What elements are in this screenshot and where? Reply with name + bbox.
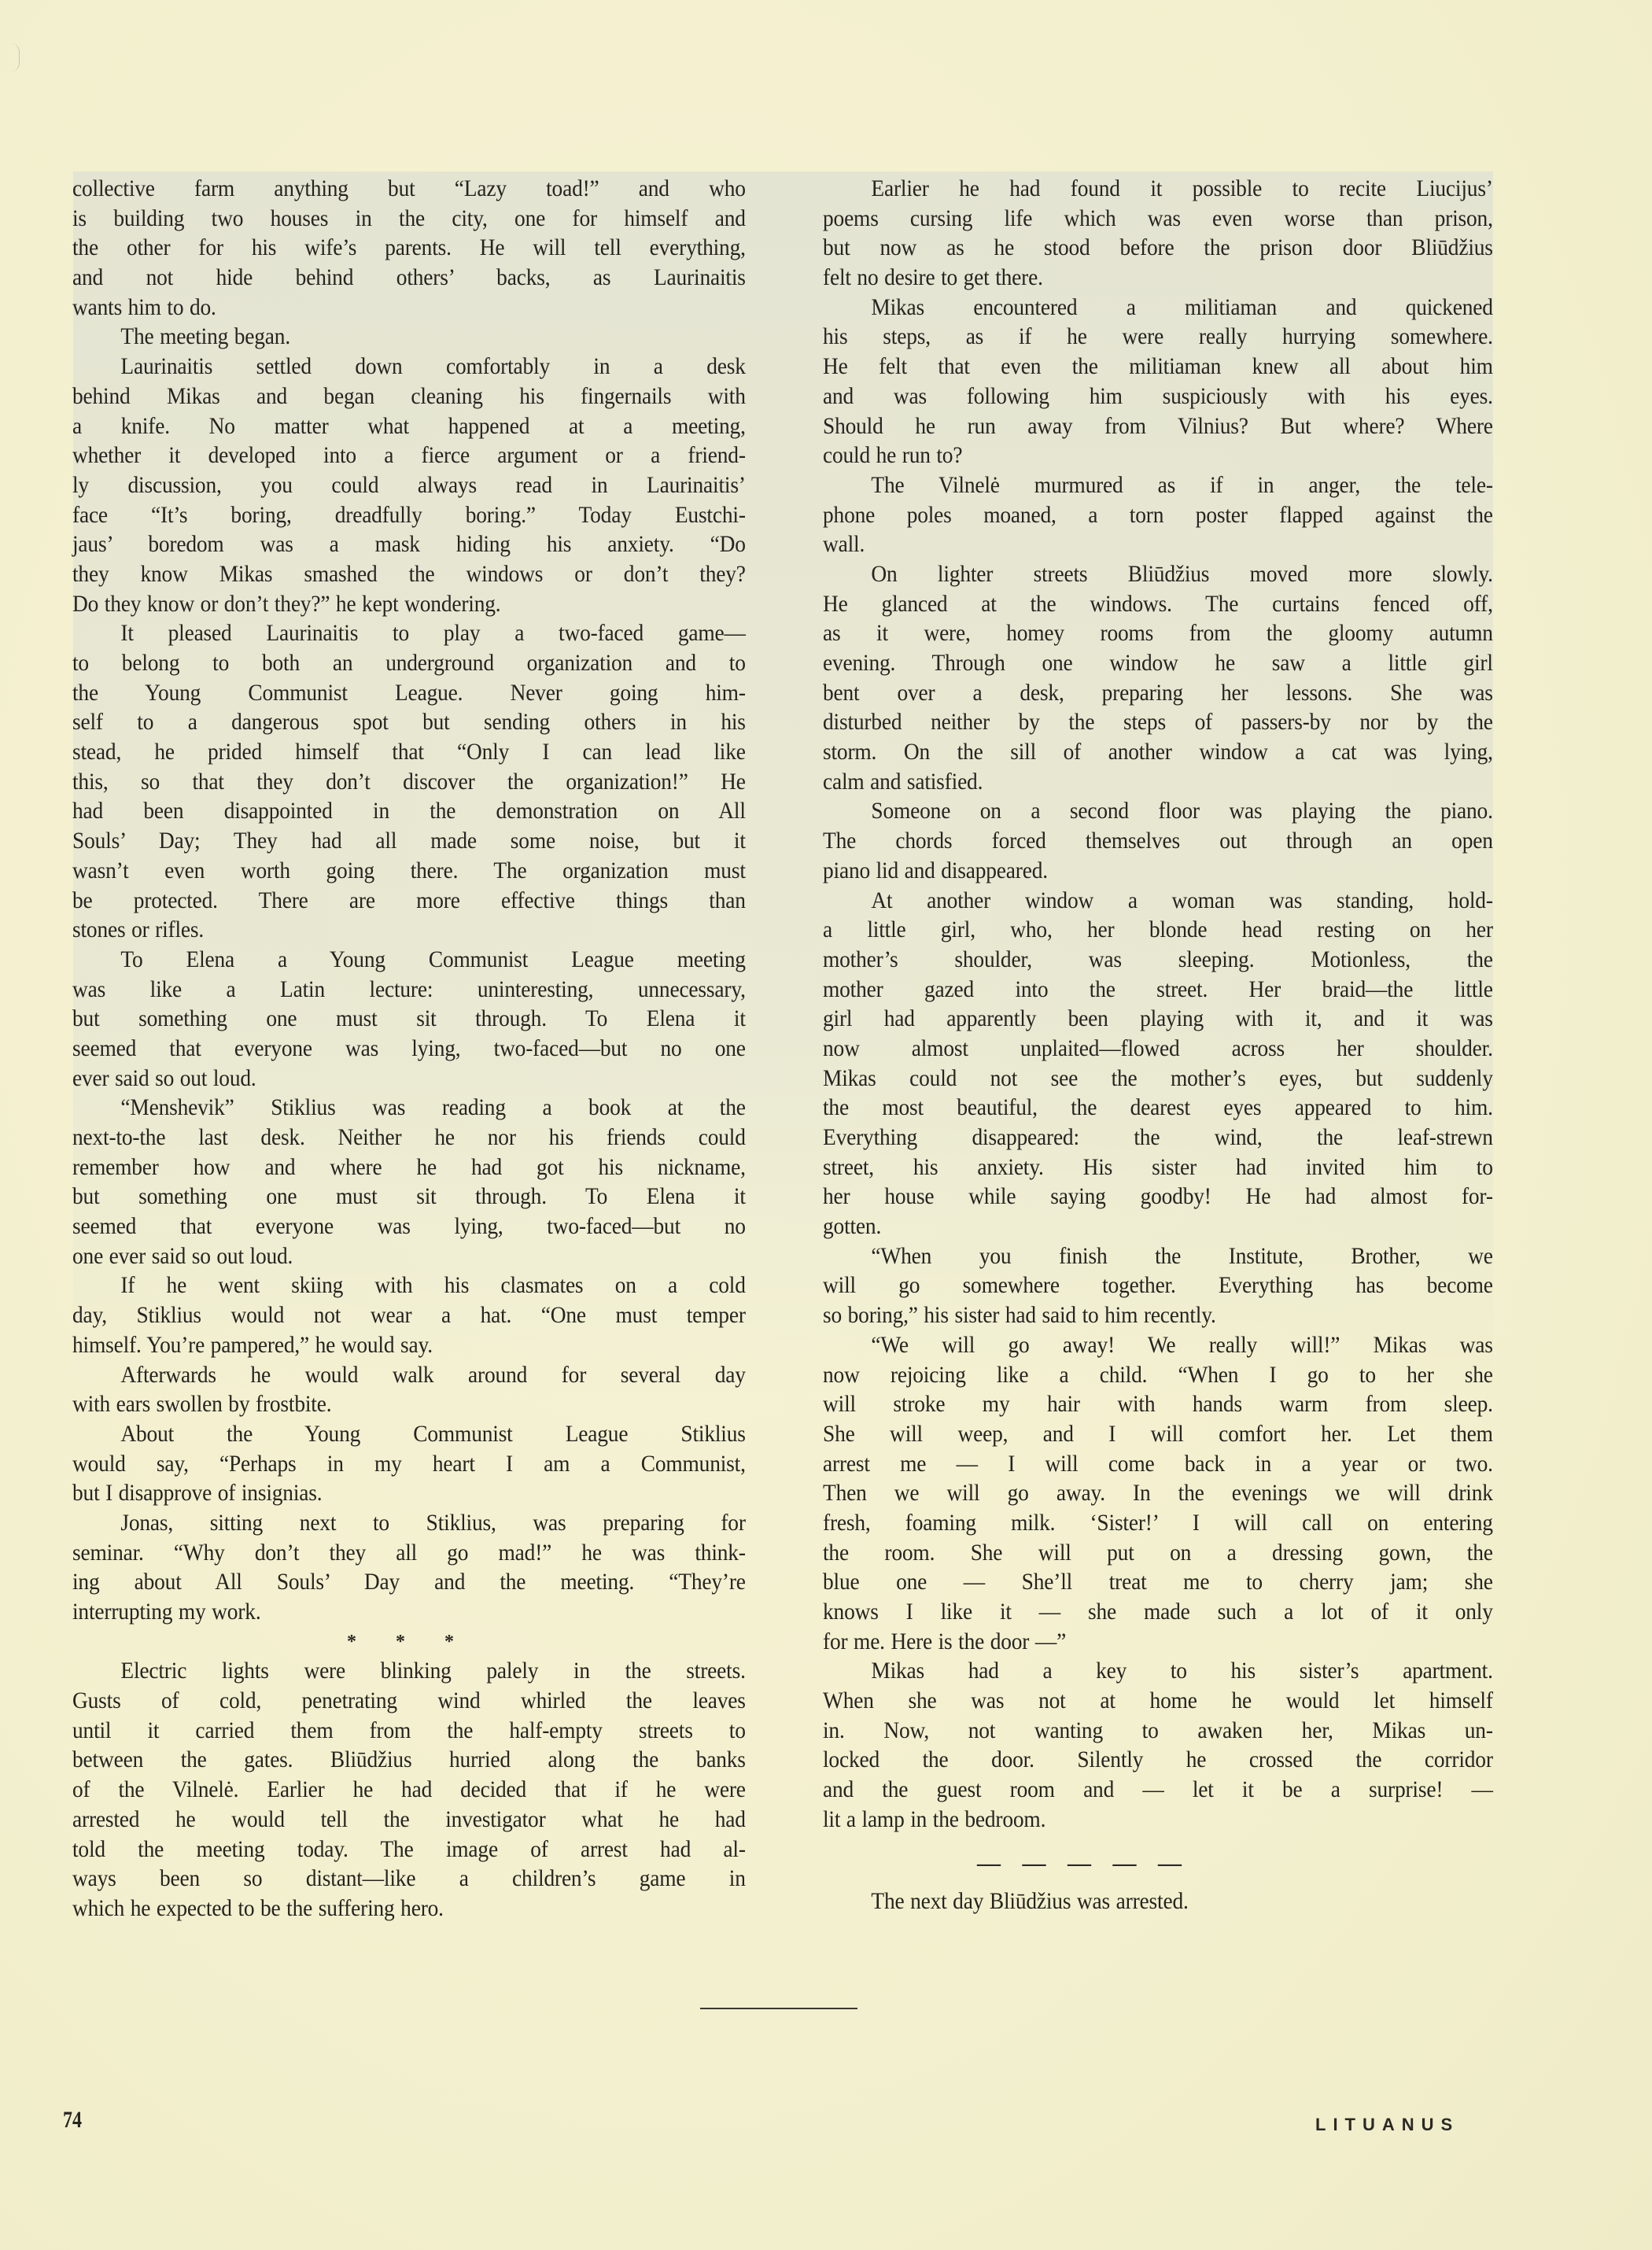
text-line: with ears swollen by frostbite. [72, 1390, 746, 1420]
text-line: behind Mikas and began cleaning his fing… [72, 382, 746, 412]
text-line: arrested he would tell the investigator … [72, 1806, 746, 1835]
text-line: now almost unplaited—flowed across her s… [823, 1035, 1493, 1064]
text-line: He felt that even the militiaman knew al… [823, 352, 1493, 382]
text-line: be protected. There are more effective t… [72, 887, 746, 917]
text-line: phone poles moaned, a torn poster flappe… [823, 501, 1493, 531]
text-line: fresh, foaming milk. ‘Sister!’ I will ca… [823, 1509, 1493, 1539]
text-line: but now as he stood before the prison do… [823, 234, 1493, 264]
text-line: calm and satisfied. [823, 768, 1493, 798]
text-line: so boring,” his sister had said to him r… [823, 1301, 1493, 1331]
text-line: Laurinaitis settled down comfortably in … [72, 352, 746, 382]
text-line: for me. Here is the door —” [823, 1628, 1493, 1658]
page-number: 74 [63, 2107, 82, 2134]
text-line: of the Vilnelė. Earlier he had decided t… [72, 1776, 746, 1806]
text-line: lit a lamp in the bedroom. [823, 1806, 1493, 1835]
text-line: day, Stiklius would not wear a hat. “One… [72, 1301, 746, 1331]
text-line: the other for his wife’s parents. He wil… [72, 234, 746, 264]
text-line: himself. You’re pampered,” he would say. [72, 1331, 746, 1361]
text-line: mother’s shoulder, was sleeping. Motionl… [823, 946, 1493, 976]
paragraph: At another window a woman was standing, … [823, 887, 1493, 1242]
text-line: wants him to do. [72, 293, 746, 323]
text-line: Everything disappeared: the wind, the le… [823, 1123, 1493, 1153]
text-line: jaus’ boredom was a mask hiding his anxi… [72, 530, 746, 560]
text-line: Do they know or don’t they?” he kept won… [72, 590, 746, 620]
text-line: the most beautiful, the dearest eyes app… [823, 1094, 1493, 1123]
text-line: arrest me — I will come back in a year o… [823, 1450, 1493, 1480]
text-line: Should he run away from Vilnius? But whe… [823, 412, 1493, 442]
text-line: If he went skiing with his clasmates on … [72, 1271, 746, 1301]
text-line: He glanced at the windows. The curtains … [823, 590, 1493, 620]
text-line: the room. She will put on a dressing gow… [823, 1539, 1493, 1569]
text-line: but something one must sit through. To E… [72, 1005, 746, 1035]
text-line: and not hide behind others’ backs, as La… [72, 264, 746, 293]
text-line: will stroke my hair with hands warm from… [823, 1390, 1493, 1420]
text-line: Then we will go away. In the evenings we… [823, 1479, 1493, 1509]
paragraph: Mikas encountered a militiaman and quick… [823, 293, 1493, 471]
journal-name: LITUANUS [1315, 2115, 1459, 2135]
text-line: Electric lights were blinking palely in … [72, 1657, 746, 1687]
text-line: collective farm anything but “Lazy toad!… [72, 175, 746, 205]
text-line: remember how and where he had got his ni… [72, 1153, 746, 1183]
text-line: which he expected to be the suffering he… [72, 1894, 746, 1924]
section-break-asterisks: * * * [72, 1628, 746, 1658]
text-line: her house while saying goodby! He had al… [823, 1182, 1493, 1212]
paragraph: Afterwards he would walk around for seve… [72, 1361, 746, 1420]
paragraph: “Menshevik” Stiklius was reading a book … [72, 1094, 746, 1271]
text-line: was like a Latin lecture: uninteresting,… [72, 976, 746, 1005]
text-line: to belong to both an underground organiz… [72, 649, 746, 679]
text-line: seemed that everyone was lying, two-face… [72, 1212, 746, 1242]
text-line: will go somewhere together. Everything h… [823, 1271, 1493, 1301]
text-line: The Vilnelė murmured as if in anger, the… [823, 471, 1493, 501]
text-line: seemed that everyone was lying, two-face… [72, 1035, 746, 1064]
paragraph: Electric lights were blinking palely in … [72, 1657, 746, 1924]
text-line: in. Now, not wanting to awaken her, Mika… [823, 1717, 1493, 1747]
text-line: evening. Through one window he saw a lit… [823, 649, 1493, 679]
end-rule [700, 2008, 857, 2009]
paragraph: On lighter streets Bliūdžius moved more … [823, 560, 1493, 798]
text-line: felt no desire to get there. [823, 264, 1493, 293]
text-line: Mikas could not see the mother’s eyes, b… [823, 1064, 1493, 1094]
text-line: Mikas encountered a militiaman and quick… [823, 293, 1493, 323]
paragraph: If he went skiing with his clasmates on … [72, 1271, 746, 1360]
text-line: a knife. No matter what happened at a me… [72, 412, 746, 442]
text-line: About the Young Communist League Stikliu… [72, 1420, 746, 1450]
text-line: Gusts of cold, penetrating wind whirled … [72, 1687, 746, 1717]
text-line: told the meeting today. The image of arr… [72, 1835, 746, 1865]
text-line: had been disappointed in the demonstrati… [72, 797, 746, 827]
section-break-dashes: — — — — — [823, 1840, 1493, 1887]
text-line: “We will go away! We really will!” Mikas… [823, 1331, 1493, 1361]
text-line: and was following him suspiciously with … [823, 382, 1493, 412]
text-line: ing about All Souls’ Day and the meeting… [72, 1568, 746, 1598]
text-line: To Elena a Young Communist League meetin… [72, 946, 746, 976]
text-line: poems cursing life which was even worse … [823, 205, 1493, 234]
text-line: Afterwards he would walk around for seve… [72, 1361, 746, 1391]
text-line: interrupting my work. [72, 1598, 746, 1628]
text-line: It pleased Laurinaitis to play a two-fac… [72, 619, 746, 649]
text-line: On lighter streets Bliūdžius moved more … [823, 560, 1493, 590]
closing-line: The next day Bliūdžius was arrested. [823, 1887, 1493, 1917]
paragraph: “When you finish the Institute, Brother,… [823, 1242, 1493, 1331]
text-line: The meeting began. [72, 323, 746, 352]
text-line: as it were, homey rooms from the gloomy … [823, 619, 1493, 649]
paragraph: Jonas, sitting next to Stiklius, was pre… [72, 1509, 746, 1628]
text-line: When she was not at home he would let hi… [823, 1687, 1493, 1717]
text-line: mother gazed into the street. Her braid—… [823, 976, 1493, 1005]
text-line: “Menshevik” Stiklius was reading a book … [72, 1094, 746, 1123]
left-column: collective farm anything but “Lazy toad!… [72, 175, 746, 1924]
text-line: ever said so out loud. [72, 1064, 746, 1094]
text-line: now rejoicing like a child. “When I go t… [823, 1361, 1493, 1391]
text-line: ways been so distant—like a children’s g… [72, 1865, 746, 1894]
text-line: girl had apparently been playing with it… [823, 1005, 1493, 1035]
text-line: this, so that they don’t discover the or… [72, 768, 746, 798]
text-line: face “It’s boring, dreadfully boring.” T… [72, 501, 746, 531]
text-line: piano lid and disappeared. [823, 857, 1493, 887]
text-line: next-to-the last desk. Neither he nor hi… [72, 1123, 746, 1153]
text-line: Souls’ Day; They had all made some noise… [72, 827, 746, 857]
paragraph: Mikas had a key to his sister’s apartmen… [823, 1657, 1493, 1835]
paragraph: “We will go away! We really will!” Mikas… [823, 1331, 1493, 1658]
text-line: would say, “Perhaps in my heart I am a C… [72, 1450, 746, 1480]
paragraph: To Elena a Young Communist League meetin… [72, 946, 746, 1094]
text-line: blue one — She’ll treat me to cherry jam… [823, 1568, 1493, 1598]
text-line: and the guest room and — let it be a sur… [823, 1776, 1493, 1806]
text-line: one ever said so out loud. [72, 1242, 746, 1272]
text-line: they know Mikas smashed the windows or d… [72, 560, 746, 590]
paragraph: Someone on a second floor was playing th… [823, 797, 1493, 886]
text-line: is building two houses in the city, one … [72, 205, 746, 234]
text-line: until it carried them from the half-empt… [72, 1717, 746, 1747]
paragraph: The Vilnelė murmured as if in anger, the… [823, 471, 1493, 560]
text-line: the Young Communist League. Never going … [72, 679, 746, 709]
text-line: She will weep, and I will comfort her. L… [823, 1420, 1493, 1450]
paragraph: The meeting began. [72, 323, 746, 352]
text-line: knows I like it — she made such a lot of… [823, 1598, 1493, 1628]
text-line: Mikas had a key to his sister’s apartmen… [823, 1657, 1493, 1687]
text-line: Earlier he had found it possible to reci… [823, 175, 1493, 205]
text-line: could he run to? [823, 441, 1493, 471]
text-line: Jonas, sitting next to Stiklius, was pre… [72, 1509, 746, 1539]
margin-mark [11, 43, 20, 72]
text-line: Someone on a second floor was playing th… [823, 797, 1493, 827]
text-line: seminar. “Why don’t they all go mad!” he… [72, 1539, 746, 1569]
text-line: but I disapprove of insignias. [72, 1479, 746, 1509]
text-line: street, his anxiety. His sister had invi… [823, 1153, 1493, 1183]
text-line: storm. On the sill of another window a c… [823, 738, 1493, 768]
text-line: At another window a woman was standing, … [823, 887, 1493, 917]
paragraph: collective farm anything but “Lazy toad!… [72, 175, 746, 323]
text-line: bent over a desk, preparing her lessons.… [823, 679, 1493, 709]
text-line: “When you finish the Institute, Brother,… [823, 1242, 1493, 1272]
text-line: between the gates. Bliūdžius hurried alo… [72, 1746, 746, 1776]
text-line: whether it developed into a fierce argum… [72, 441, 746, 471]
text-line: wall. [823, 530, 1493, 560]
text-line: disturbed neither by the steps of passer… [823, 708, 1493, 738]
text-line: gotten. [823, 1212, 1493, 1242]
text-line: wasn’t even worth going there. The organ… [72, 857, 746, 887]
paragraph: Laurinaitis settled down comfortably in … [72, 352, 746, 619]
text-line: stead, he prided himself that “Only I ca… [72, 738, 746, 768]
text-line: The chords forced themselves out through… [823, 827, 1493, 857]
text-line: self to a dangerous spot but sending oth… [72, 708, 746, 738]
text-line: a little girl, who, her blonde head rest… [823, 916, 1493, 946]
paragraph: Earlier he had found it possible to reci… [823, 175, 1493, 293]
text-line: locked the door. Silently he crossed the… [823, 1746, 1493, 1776]
right-column: Earlier he had found it possible to reci… [823, 175, 1493, 1916]
paragraph: About the Young Communist League Stikliu… [72, 1420, 746, 1509]
text-line: stones or rifles. [72, 916, 746, 946]
paragraph: It pleased Laurinaitis to play a two-fac… [72, 619, 746, 946]
text-line: his steps, as if he were really hurrying… [823, 323, 1493, 352]
text-line: but something one must sit through. To E… [72, 1182, 746, 1212]
text-line: ly discussion, you could always read in … [72, 471, 746, 501]
